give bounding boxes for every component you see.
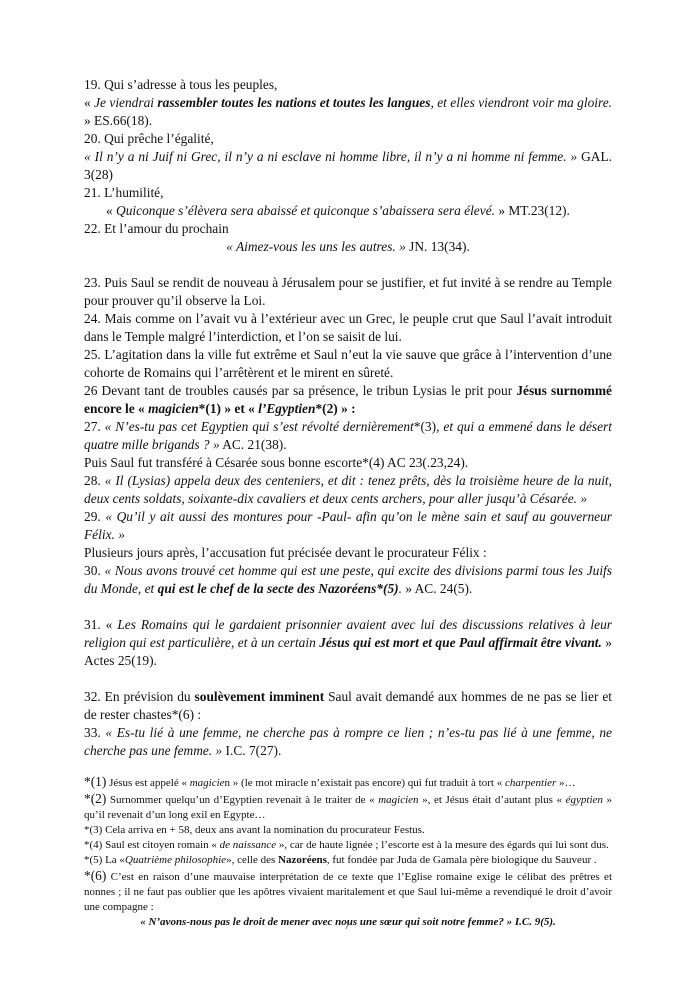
- item-30: 30. « Nous avons trouvé cet homme qui es…: [84, 562, 612, 598]
- reference: » AC. 24(5).: [402, 581, 472, 596]
- spacer: [84, 598, 612, 616]
- footnote-text: *(4) Saul est citoyen romain «: [84, 839, 220, 851]
- item-26: 26 Devant tant de troubles causés par sa…: [84, 382, 612, 418]
- footnote-text: C’est en raison d’une mauvaise interprét…: [84, 871, 612, 913]
- quote-text: Quiconque s’élèvera sera abaissé et quic…: [116, 203, 495, 218]
- item-text: 26 Devant tant de troubles causés par sa…: [84, 383, 516, 398]
- quote-text: « Qu’il y ait aussi des montures pour -P…: [84, 509, 612, 542]
- reference: » MT.23(12).: [495, 203, 570, 218]
- footnote-text: », celle des: [226, 854, 278, 866]
- footnote-text: n » (le mot miracle n’existait pas encor…: [225, 777, 505, 789]
- spacer: [84, 670, 612, 688]
- item-21-quote: « Quiconque s’élèvera sera abaissé et qu…: [84, 202, 612, 220]
- item-emphasis: soulèvement imminent: [195, 689, 325, 704]
- reference: I.C. 7(27).: [222, 743, 281, 758]
- footnote-5: *(5) La «Quatrième philosophie», celle d…: [84, 853, 612, 868]
- reference: AC. 21(38).: [220, 437, 287, 452]
- footnote-2: *(2) Surnommer quelqu’un d’Egyptien reve…: [84, 791, 612, 823]
- quote-text: « Il n’y a ni Juif ni Grec, il n’y a ni …: [84, 149, 577, 164]
- item-20-quote: « Il n’y a ni Juif ni Grec, il n’y a ni …: [84, 148, 612, 184]
- item-27: 27. « N’es-tu pas cet Egyptien qui s’est…: [84, 418, 612, 454]
- item-text: 19. Qui s’adresse à tous les peuples,: [84, 77, 277, 92]
- item-31: 31. « Les Romains qui le gardaient priso…: [84, 616, 612, 670]
- footnote-italic: de naissance: [220, 839, 277, 851]
- footnote-italic: charpentier: [505, 777, 556, 789]
- document-page: 19. Qui s’adresse à tous les peuples, « …: [84, 76, 612, 930]
- quote-text: Je viendrai: [94, 95, 157, 110]
- footnote-text: *(5) La «: [84, 854, 125, 866]
- quote-emphasis: rassembler toutes les nations et toutes …: [157, 95, 430, 110]
- footnotes: *(1) Jésus est appelé « magicien » (le m…: [84, 774, 612, 930]
- quote-text: , et elles viendront voir ma gloire.: [430, 95, 612, 110]
- quote-text: « Es-tu lié à une femme, ne cherche pas …: [84, 725, 612, 758]
- footnote-6: *(6) C’est en raison d’une mauvaise inte…: [84, 868, 612, 915]
- reference: » ES.66(18).: [84, 113, 152, 128]
- item-22: 22. Et l’amour du prochain: [84, 220, 612, 238]
- footnote-3: *(3) Cela arriva en + 58, deux ans avant…: [84, 823, 612, 838]
- footnote-ref: *(3): [414, 419, 436, 434]
- footnote-italic: magicie: [190, 777, 225, 789]
- item-21: 21. L’humilité,: [84, 184, 612, 202]
- footnote-text: , fut fondée par Juda de Gamala père bio…: [327, 854, 597, 866]
- spacer: [84, 760, 612, 770]
- emph-italic: l’Egyptien: [258, 401, 315, 416]
- footnote-italic: Quatrième philosophie: [125, 854, 226, 866]
- footnote-1: *(1) Jésus est appelé « magicien » (le m…: [84, 774, 612, 791]
- footnote-text: », car de haute lignée ; l’escorte est à…: [276, 839, 609, 851]
- item-number: 30.: [84, 563, 104, 578]
- item-32: 32. En prévision du soulèvement imminent…: [84, 688, 612, 724]
- footnote-italic: égyptien: [566, 794, 603, 806]
- item-number: 33.: [84, 725, 105, 740]
- footnote-mark: *(1): [84, 774, 106, 789]
- emph-text: *(2) » :: [315, 401, 355, 416]
- item-25: 25. L’agitation dans la ville fut extrêm…: [84, 346, 612, 382]
- item-19: 19. Qui s’adresse à tous les peuples,: [84, 76, 612, 94]
- item-20: 20. Qui prêche l’égalité,: [84, 130, 612, 148]
- quote-mark: «: [84, 95, 94, 110]
- item-text: 21. L’humilité,: [84, 185, 163, 200]
- footnote-mark: *(2): [84, 791, 106, 806]
- footnote-text: Surnommer quelqu’un d’Egyptien revenait …: [106, 794, 378, 806]
- page-number: 7: [0, 920, 694, 932]
- item-text: 22. Et l’amour du prochain: [84, 221, 229, 236]
- item-24: 24. Mais comme on l’avait vu à l’extérie…: [84, 310, 612, 346]
- item-text: 32. En prévision du: [84, 689, 195, 704]
- item-33: 33. « Es-tu lié à une femme, ne cherche …: [84, 724, 612, 760]
- item-19-quote: « Je viendrai rassembler toutes les nati…: [84, 94, 612, 130]
- quote-text: « N’es-tu pas cet Egyptien qui s’est rév…: [105, 419, 414, 434]
- reference: JN. 13(34).: [406, 239, 470, 254]
- quote-emphasis: Jésus qui est mort et que Paul affirmait…: [319, 635, 602, 650]
- item-number: 31. «: [84, 617, 117, 632]
- item-22-quote: « Aimez-vous les uns les autres. » JN. 1…: [84, 238, 612, 256]
- item-28: 28. « Il (Lysias) appela deux des centen…: [84, 472, 612, 508]
- quote-text: « Il (Lysias) appela deux des centeniers…: [84, 473, 612, 506]
- footnote-text: », et Jésus était d’autant plus «: [419, 794, 566, 806]
- item-number: 29.: [84, 509, 105, 524]
- spacer: [84, 256, 612, 274]
- item-27-transfer: Puis Saul fut transféré à Césarée sous b…: [84, 454, 612, 472]
- quote-mark: «: [106, 203, 116, 218]
- footnote-mark: *(6): [84, 868, 106, 883]
- item-29: 29. « Qu’il y ait aussi des montures pou…: [84, 508, 612, 544]
- quote-text: « Aimez-vous les uns les autres. »: [226, 239, 406, 254]
- footnote-4: *(4) Saul est citoyen romain « de naissa…: [84, 838, 612, 853]
- quote-emphasis: qui est le chef de la secte des Nazoréen…: [158, 581, 399, 596]
- footnote-italic: magicien: [378, 794, 418, 806]
- emph-text: *(1) » et «: [199, 401, 259, 416]
- footnote-bold: Nazoréens: [278, 854, 327, 866]
- item-text: 20. Qui prêche l’égalité,: [84, 131, 214, 146]
- item-23: 23. Puis Saul se rendit de nouveau à Jér…: [84, 274, 612, 310]
- footnote-text: »…: [556, 777, 575, 789]
- item-number: 27.: [84, 419, 105, 434]
- item-29-accusation: Plusieurs jours après, l’accusation fut …: [84, 544, 612, 562]
- item-number: 28.: [84, 473, 105, 488]
- footnote-text: Jésus est appelé «: [106, 777, 189, 789]
- emph-italic: magicien: [148, 401, 199, 416]
